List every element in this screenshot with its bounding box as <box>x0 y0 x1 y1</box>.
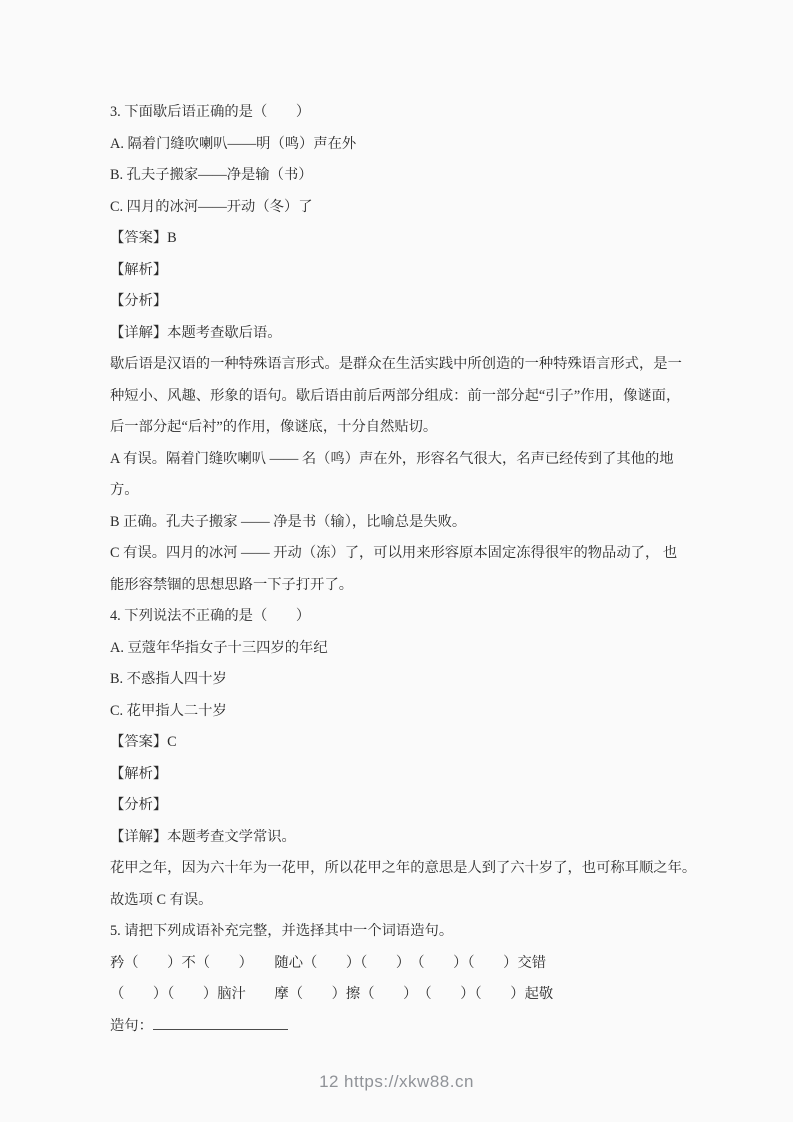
q4-detail-line: 【详解】本题考查文学常识。 <box>110 822 693 854</box>
q4-option-a: A. 豆蔻年华指女子十三四岁的年纪 <box>110 633 693 665</box>
q3-detail-line: 种短小、风趣、形象的语句。歇后语由前后两部分组成：前一部分起“引子”作用，像谜面… <box>110 381 693 413</box>
question-5: 5. 请把下列成语补充完整，并选择其中一个词语造句。 矜（ ）不（ ） 随心（ … <box>110 916 693 1042</box>
q4-option-b: B. 不惑指人四十岁 <box>110 664 693 696</box>
q4-answer: 【答案】C <box>110 727 693 759</box>
question-4: 4. 下列说法不正确的是（ ） A. 豆蔻年华指女子十三四岁的年纪 B. 不惑指… <box>110 601 693 916</box>
q3-detail-line: 歇后语是汉语的一种特殊语言形式。是群众在生活实践中所创造的一种特殊语言形式，是一 <box>110 349 693 381</box>
q4-fenxi-label: 【分析】 <box>110 790 693 822</box>
q3-detail-line: 能形容禁锢的思想思路一下子打开了。 <box>110 570 693 602</box>
q4-stem: 4. 下列说法不正确的是（ ） <box>110 601 693 633</box>
q3-stem: 3. 下面歇后语正确的是（ ） <box>110 97 693 129</box>
q3-option-b: B. 孔夫子搬家——净是输（书） <box>110 160 693 192</box>
q3-answer: 【答案】B <box>110 223 693 255</box>
q3-option-c: C. 四月的冰河——开动（冬）了 <box>110 192 693 224</box>
q5-fill-row: （ ）（ ）脑汁 摩（ ）擦（ ） （ ）（ ）起敬 <box>110 979 693 1011</box>
q5-fill-row: 矜（ ）不（ ） 随心（ ）（ ） （ ）（ ）交错 <box>110 948 693 980</box>
q5-stem: 5. 请把下列成语补充完整，并选择其中一个词语造句。 <box>110 916 693 948</box>
page-footer: 12https://xkw88.cn <box>0 1072 793 1092</box>
q5-zaoju-line: 造句： <box>110 1011 693 1043</box>
q4-detail-line: 故选项 C 有误。 <box>110 885 693 917</box>
footer-url: https://xkw88.cn <box>344 1072 474 1091</box>
question-3: 3. 下面歇后语正确的是（ ） A. 隔着门缝吹喇叭——明（鸣）声在外 B. 孔… <box>110 97 693 601</box>
q4-jiexi-label: 【解析】 <box>110 759 693 791</box>
page-number: 12 <box>319 1072 339 1091</box>
q3-fenxi-label: 【分析】 <box>110 286 693 318</box>
q3-option-a: A. 隔着门缝吹喇叭——明（鸣）声在外 <box>110 129 693 161</box>
q3-jiexi-label: 【解析】 <box>110 255 693 287</box>
worksheet-page: 3. 下面歇后语正确的是（ ） A. 隔着门缝吹喇叭——明（鸣）声在外 B. 孔… <box>0 0 793 1042</box>
q5-zaoju-blank <box>153 1012 288 1030</box>
q5-zaoju-label: 造句： <box>110 1018 153 1034</box>
q3-detail-line: A 有误。隔着门缝吹喇叭 —— 名（鸣）声在外，形容名气很大，名声已经传到了其他… <box>110 444 693 476</box>
q3-detail-line: 方。 <box>110 475 693 507</box>
q3-detail-line: 【详解】本题考查歇后语。 <box>110 318 693 350</box>
q3-detail-line: 后一部分起“后衬”的作用，像谜底，十分自然贴切。 <box>110 412 693 444</box>
q3-detail-line: C 有误。四月的冰河 —— 开动（冻）了，可以用来形容原本固定冻得很牢的物品动了… <box>110 538 693 570</box>
q4-detail-line: 花甲之年，因为六十年为一花甲，所以花甲之年的意思是人到了六十岁了，也可称耳顺之年… <box>110 853 693 885</box>
q3-detail-line: B 正确。孔夫子搬家 —— 净是书（输），比喻总是失败。 <box>110 507 693 539</box>
q4-option-c: C. 花甲指人二十岁 <box>110 696 693 728</box>
